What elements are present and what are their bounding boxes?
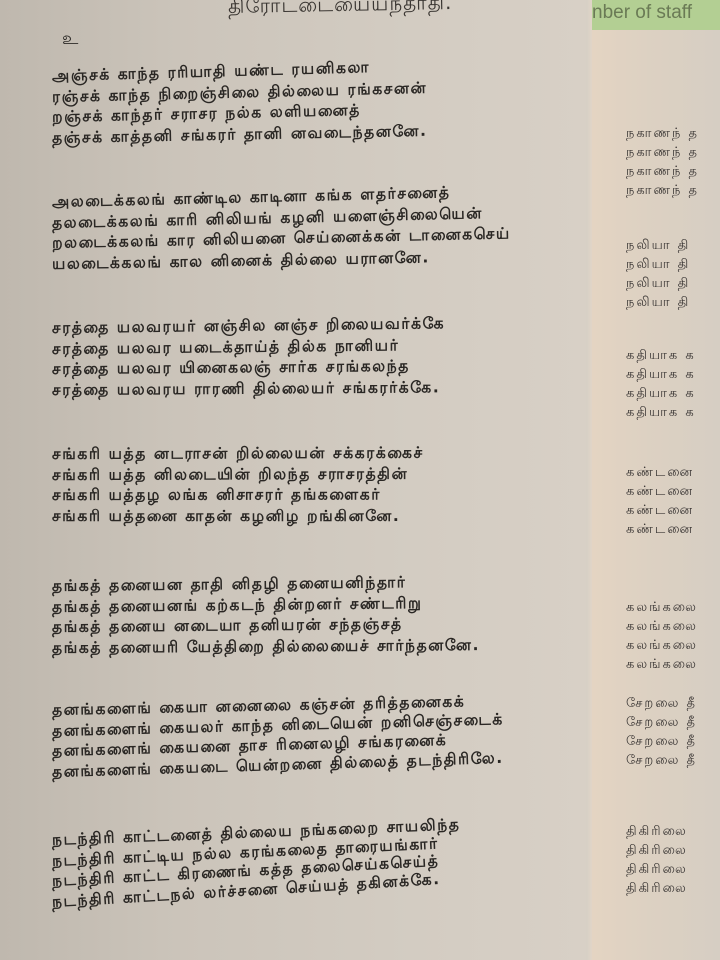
right-verse-line: கண்டனை <box>626 482 720 501</box>
right-verse-line: கதியாக க <box>626 346 720 365</box>
right-verse-line: கலங்கலை <box>626 598 720 617</box>
right-verse-line: கதியாக க <box>626 384 720 403</box>
green-sticky-note: nber of staff <box>592 0 720 30</box>
stanza-6: தனங்களைங் கையா னனைலை கஞ்சன் தரித்தனைகக் … <box>52 700 592 782</box>
right-verse-line: நகாணந் த <box>626 181 720 200</box>
verse-line: சரத்தை யலவர யினைகலஞ் சார்க சரங்கலந்த <box>52 354 592 379</box>
right-verse-line: கலங்கலை <box>626 636 720 655</box>
verse-line: சங்கரி யத்த னடராசன் றில்லையன் சக்கரக்கைச… <box>52 442 592 464</box>
verse-line: தங்கத் தனையரி யேத்திறை தில்லையைச் சார்ந்… <box>52 634 592 658</box>
stanza-2: அலடைக்கலங் காண்டில காடினா கங்க ளதர்சனைத்… <box>52 192 592 274</box>
right-page-group-4: கண்டனை கண்டனை கண்டனை கண்டனை <box>626 463 720 539</box>
sticky-note-text: nber of staff <box>592 2 692 24</box>
verse-line: தங்கத் தனைய னடையா தனியரன் சந்தஞ்சத் <box>52 612 592 637</box>
right-verse-line: நலியா தி <box>626 274 720 293</box>
right-page-group-6: சேறலை தீ சேறலை தீ சேறலை தீ சேறலை தீ <box>626 694 720 770</box>
right-verse-line: நகாணந் த <box>626 143 720 162</box>
right-verse-line: கதியாக க <box>626 365 720 384</box>
right-verse-line: கண்டனை <box>626 501 720 520</box>
right-verse-line: கண்டனை <box>626 520 720 539</box>
right-verse-line: நலியா தி <box>626 255 720 274</box>
right-verse-line: கலங்கலை <box>626 655 720 674</box>
right-page-group-2: நலியா தி நலியா தி நலியா தி நலியா தி <box>626 236 720 312</box>
right-verse-line: நலியா தி <box>626 293 720 312</box>
right-verse-line: நலியா தி <box>626 236 720 255</box>
stanza-4: சங்கரி யத்த னடராசன் றில்லையன் சக்கரக்கைச… <box>52 444 592 526</box>
right-verse-line: நகாணந் த <box>626 162 720 181</box>
right-verse-line: சேறலை தீ <box>626 713 720 732</box>
right-verse-line: கதியாக க <box>626 403 720 422</box>
verse-line: சங்கரி யத்த னிலடையின் றிலந்த சராசரத்தின் <box>52 463 592 485</box>
stanza-1: அஞ்சக் காந்த ரரியாதி யண்ட ரயனிகலா ரஞ்சக்… <box>52 66 592 148</box>
right-verse-line: சேறலை தீ <box>626 751 720 770</box>
page-number: உ <box>62 28 78 51</box>
verse-line: சங்கரி யத்தனை காதன் கழனிழ றங்கினனே. <box>52 506 592 527</box>
right-page-group-7: திகிரிலை திகிரிலை திகிரிலை திகிரிலை <box>626 822 720 898</box>
right-verse-line: திகிரிலை <box>626 841 720 860</box>
right-verse-line: திகிரிலை <box>626 822 720 841</box>
right-page-group-1: நகாணந் த நகாணந் த நகாணந் த நகாணந் த <box>626 124 720 200</box>
verse-line: சரத்தை யலவரய ராரணி தில்லையர் சங்கரர்க்கே… <box>52 376 592 400</box>
right-page-group-3: கதியாக க கதியாக க கதியாக க கதியாக க <box>626 346 720 422</box>
stanza-3: சரத்தை யலவரயர் னஞ்சில னஞ்ச றிலையவர்க்கே … <box>52 318 592 400</box>
right-verse-line: திகிரிலை <box>626 879 720 898</box>
right-verse-line: கலங்கலை <box>626 617 720 636</box>
stanza-5: தங்கத் தனையன தாதி னிதழி தனையனிந்தார் தங்… <box>52 576 592 658</box>
stanza-7: நடந்திரி காட்டனைத் தில்லைய நங்கலைற சாயலி… <box>52 830 592 912</box>
right-verse-line: திகிரிலை <box>626 860 720 879</box>
right-page-group-5: கலங்கலை கலங்கலை கலங்கலை கலங்கலை <box>626 598 720 674</box>
right-verse-line: சேறலை தீ <box>626 694 720 713</box>
right-verse-line: சேறலை தீ <box>626 732 720 751</box>
right-verse-line: கண்டனை <box>626 463 720 482</box>
right-verse-line: நகாணந் த <box>626 124 720 143</box>
verse-line: சங்கரி யத்தழ லங்க னிசாசரர் தங்களைகர் <box>52 484 592 505</box>
